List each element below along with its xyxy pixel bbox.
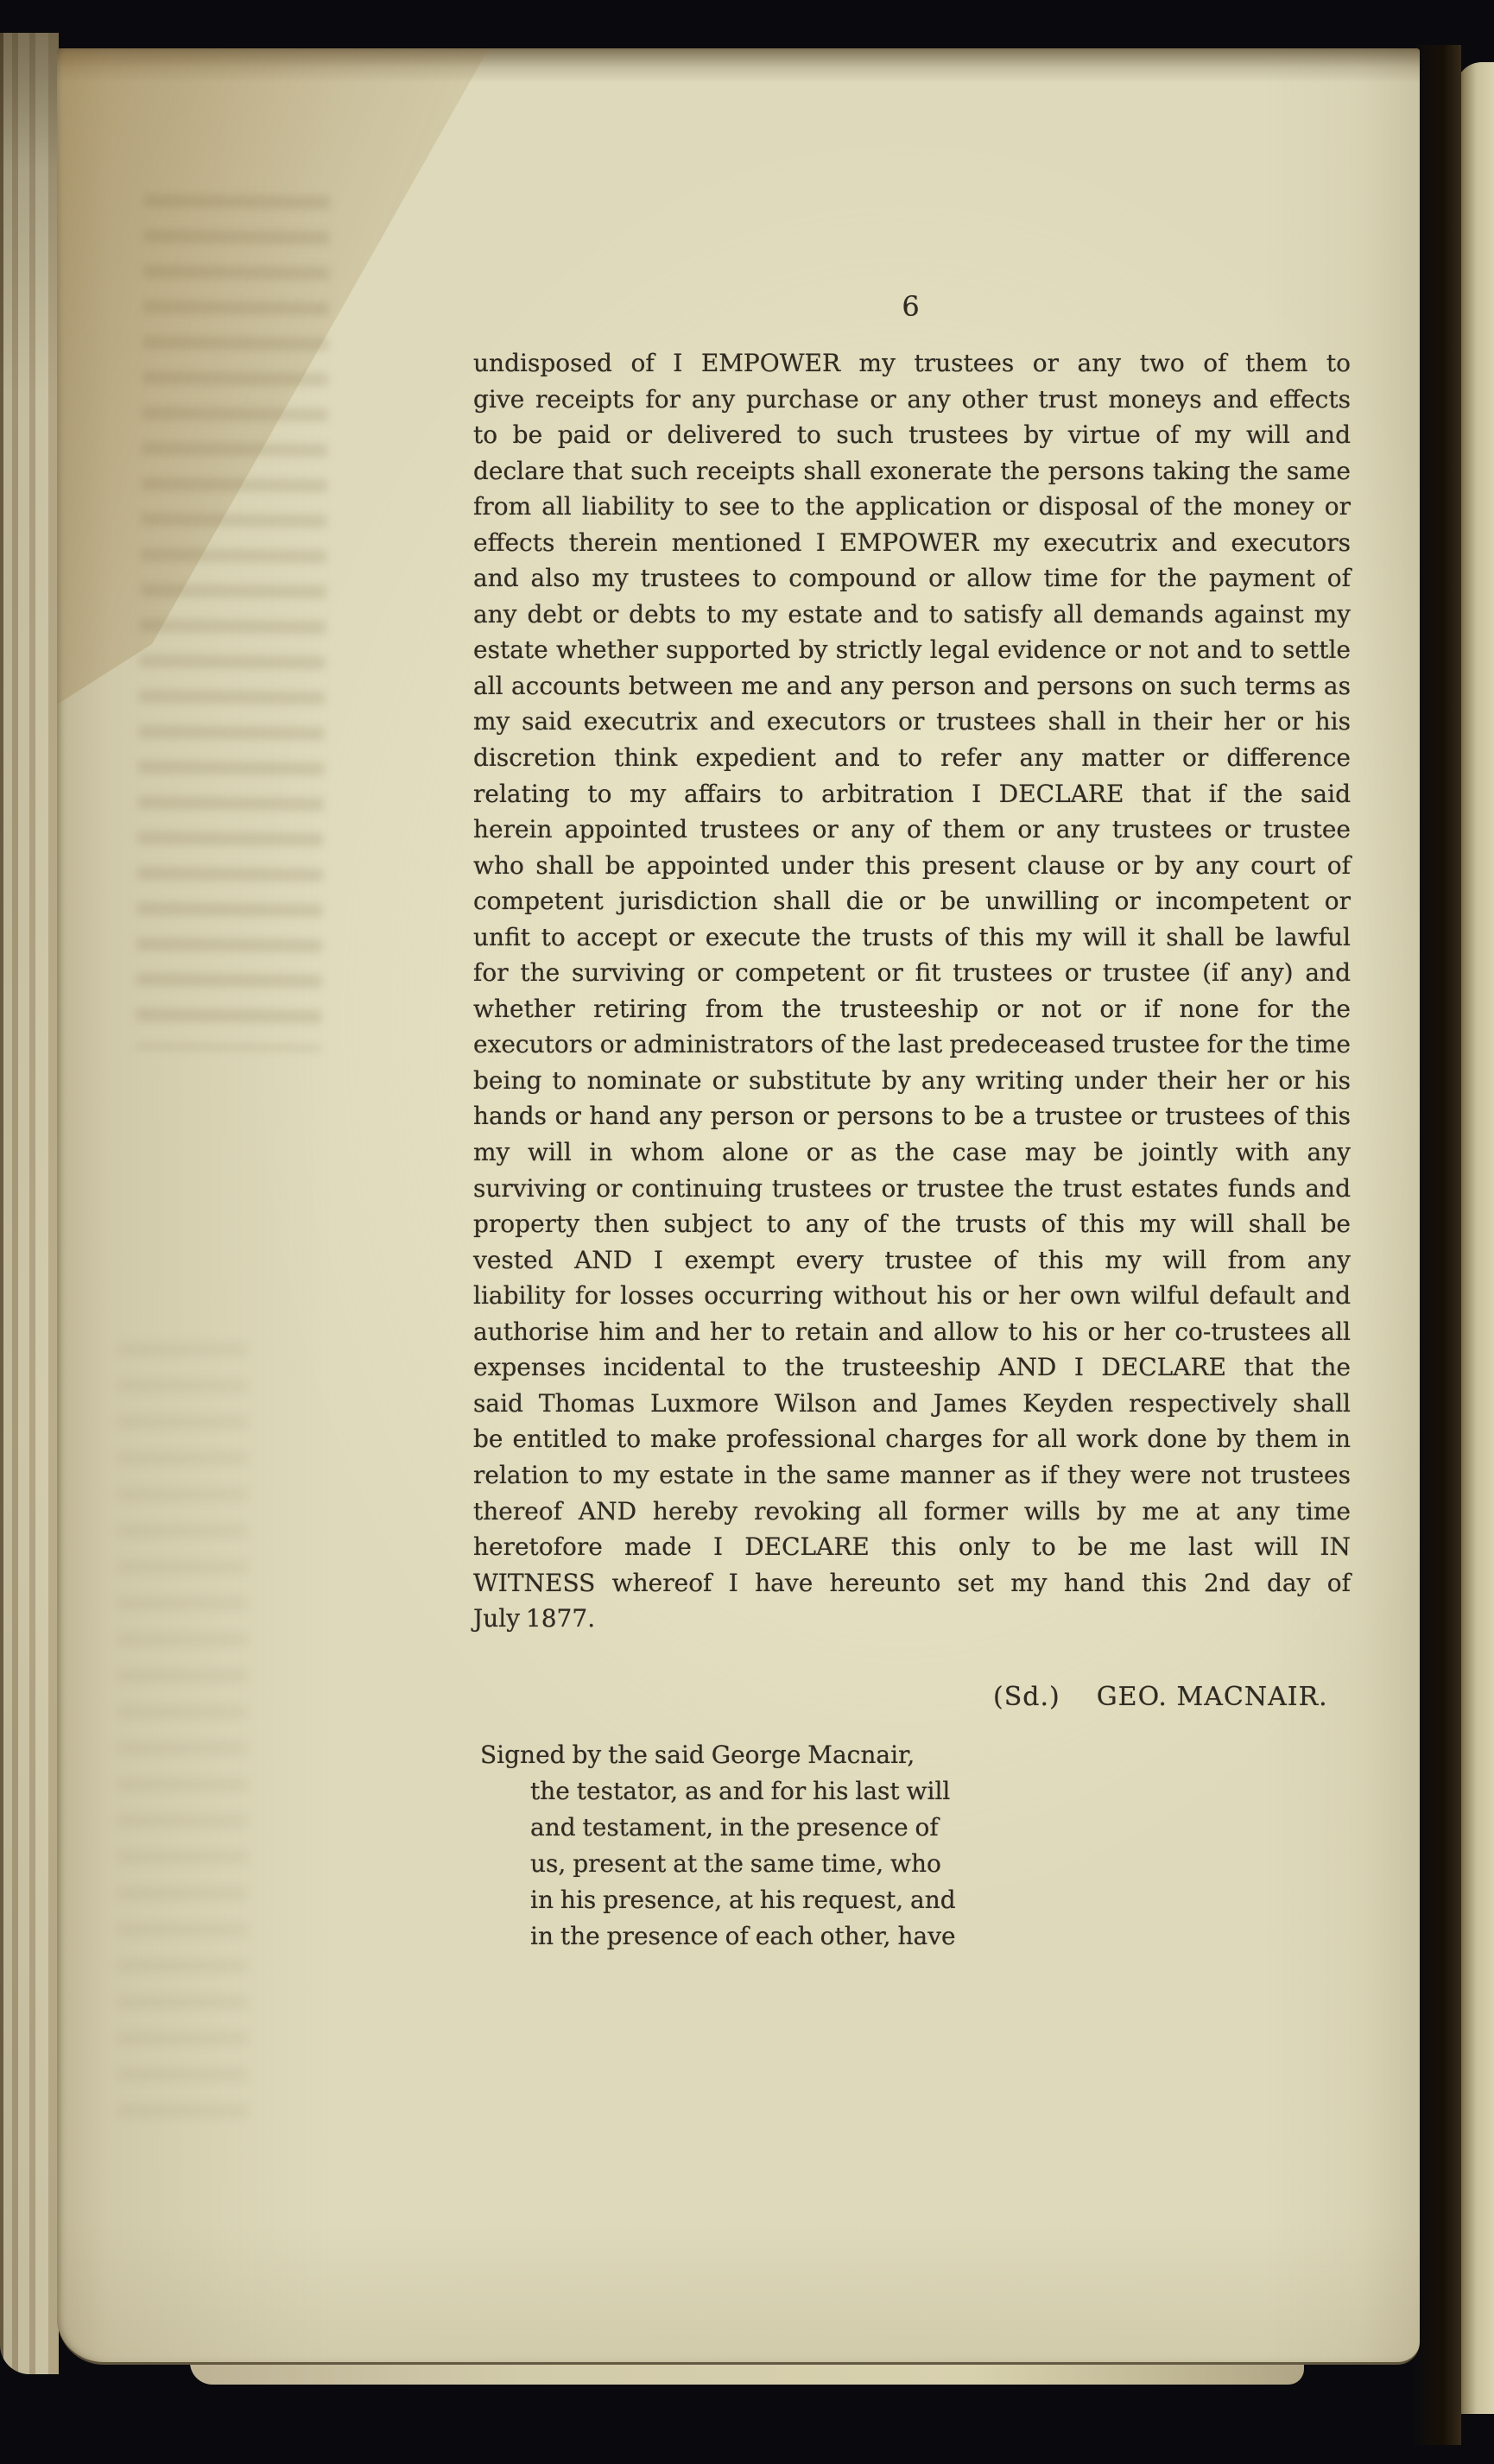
attestation-line: in his presence, at his request, and [480, 1882, 1050, 1918]
attestation-line: and testament, in the presence of [480, 1810, 1050, 1846]
body-line: thereof AND hereby revoking all former w… [473, 1494, 1351, 1530]
body-line: heretofore made I DECLARE this only to b… [473, 1529, 1351, 1565]
body-line: relating to my affairs to arbitration I … [473, 776, 1351, 812]
body-line: herein appointed trustees or any of them… [473, 812, 1351, 848]
body-line: discretion think expedient and to refer … [473, 740, 1351, 776]
ink-ghosting [117, 1343, 247, 2120]
attestation-line: Signed by the said George Macnair, [480, 1737, 1050, 1773]
attestation-clause: Signed by the said George Macnair,the te… [480, 1737, 1050, 1955]
body-line: authorise him and her to retain and allo… [473, 1314, 1351, 1350]
body-line: executors or administrators of the last … [473, 1027, 1351, 1063]
body-line: for the surviving or competent or fit tr… [473, 955, 1351, 991]
body-line: July 1877. [473, 1601, 1351, 1637]
body-line: any debt or debts to my estate and to sa… [473, 597, 1351, 633]
body-line: being to nominate or substitute by any w… [473, 1063, 1351, 1099]
body-line: hands or hand any person or persons to b… [473, 1098, 1351, 1134]
body-line: surviving or continuing trustees or trus… [473, 1171, 1351, 1207]
body-line: undisposed of I EMPOWER my trustees or a… [473, 345, 1351, 382]
body-line: declare that such receipts shall exonera… [473, 453, 1351, 490]
body-line: competent jurisdiction shall die or be u… [473, 883, 1351, 919]
left-page-edges [0, 33, 59, 2374]
body-line: from all liability to see to the applica… [473, 489, 1351, 525]
body-line: to be paid or delivered to such trustees… [473, 417, 1351, 453]
body-line: who shall be appointed under this presen… [473, 848, 1351, 884]
testator-signature: GEO. MACNAIR. [1097, 1682, 1328, 1712]
ink-ghosting [136, 194, 330, 1051]
body-line: give receipts for any purchase or any ot… [473, 382, 1351, 418]
body-line: and also my trustees to compound or allo… [473, 560, 1351, 597]
body-line: vested AND I exempt every trustee of thi… [473, 1242, 1351, 1279]
signed-abbreviation: (Sd.) [993, 1682, 1060, 1712]
body-line: whether retiring from the trusteeship or… [473, 991, 1351, 1027]
body-line: said Thomas Luxmore Wilson and James Key… [473, 1386, 1351, 1422]
body-line: be entitled to make professional charges… [473, 1421, 1351, 1457]
attestation-line: in the presence of each other, have [480, 1918, 1050, 1955]
will-body-text: undisposed of I EMPOWER my trustees or a… [473, 345, 1351, 1637]
body-line: all accounts between me and any person a… [473, 668, 1351, 704]
scanned-book-photograph: 6 undisposed of I EMPOWER my trustees or… [0, 0, 1494, 2464]
facing-page-edge [1456, 62, 1494, 2414]
body-line: my will in whom alone or as the case may… [473, 1134, 1351, 1171]
body-line: WITNESS whereof I have hereunto set my h… [473, 1565, 1351, 1602]
document-page: 6 undisposed of I EMPOWER my trustees or… [57, 48, 1420, 2365]
body-line: relation to my estate in the same manner… [473, 1457, 1351, 1494]
attestation-line: us, present at the same time, who [480, 1846, 1050, 1882]
attestation-line: the testator, as and for his last will [480, 1773, 1050, 1810]
body-line: liability for losses occurring without h… [473, 1278, 1351, 1314]
body-line: expenses incidental to the trusteeship A… [473, 1349, 1351, 1386]
body-line: estate whether supported by strictly leg… [473, 632, 1351, 668]
page-number: 6 [473, 290, 1349, 323]
signature-line: (Sd.) GEO. MACNAIR. [993, 1682, 1328, 1712]
body-line: property then subject to any of the trus… [473, 1206, 1351, 1242]
body-line: my said executrix and executors or trust… [473, 704, 1351, 740]
book-gutter-shadow [1413, 45, 1461, 2445]
body-line: effects therein mentioned I EMPOWER my e… [473, 525, 1351, 561]
body-line: unfit to accept or execute the trusts of… [473, 919, 1351, 956]
